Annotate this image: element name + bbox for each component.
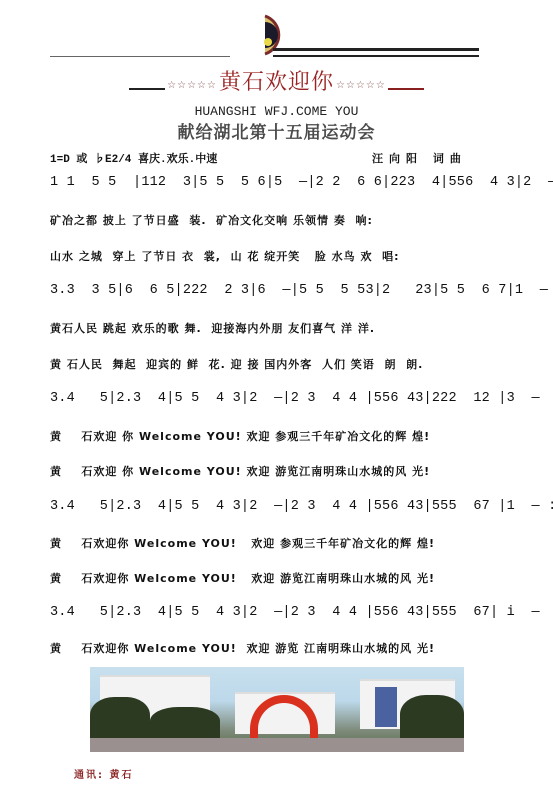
notation-line-4: 3.4 5|2.3 4|5 5 4 3|2 —|2 3 4 4 |556 43|… <box>50 497 553 514</box>
top-rule-left <box>50 56 230 57</box>
lyric-line-3b: 黄 石欢迎 你 Welcome YOU! 欢迎 游览江南明珠山水城的风 光! <box>50 463 430 479</box>
top-rule-right-thin <box>273 55 479 57</box>
composer-credit: 汪向阳 词曲 <box>372 150 467 166</box>
dedication-subtitle: 献给湖北第十五届运动会 <box>0 118 553 143</box>
lyric-line-4a: 黄 石欢迎你 Welcome YOU! 欢迎 参观三千年矿冶文化的辉 煌! <box>50 535 435 551</box>
footer-credit: 通讯: 黄石 <box>74 766 133 781</box>
title-line-right <box>388 88 424 90</box>
city-square-photo <box>90 667 464 752</box>
title-row: ☆☆☆☆☆ 黄石欢迎你 ☆☆☆☆☆ <box>0 62 553 96</box>
lyric-line-3a: 黄 石欢迎 你 Welcome YOU! 欢迎 参观三千年矿冶文化的辉 煌! <box>50 428 430 444</box>
stars-right: ☆☆☆☆☆ <box>336 80 386 91</box>
english-title: HUANGSHI WFJ.COME YOU <box>0 104 553 119</box>
notation-line-5: 3.4 5|2.3 4|5 5 4 3|2 —|2 3 4 4 |556 43|… <box>50 603 553 620</box>
lyric-line-4b: 黄 石欢迎你 Welcome YOU! 欢迎 游览江南明珠山水城的风 光! <box>50 570 435 586</box>
page-title: 黄石欢迎你 <box>219 65 334 96</box>
lyric-line-5a: 黄 石欢迎你 Welcome YOU! 欢迎 游览 江南明珠山水城的风 光! <box>50 640 435 656</box>
notation-line-1: 1 1 5 5 |112 3|5 5 5 6|5 —|2 2 6 6|223 4… <box>50 175 553 190</box>
lyric-line-1a: 矿冶之都 披上 了节日盛 装. 矿冶文化交响 乐领情 奏 响: <box>50 212 373 228</box>
lyric-line-2a: 黄石人民 跳起 欢乐的歌 舞. 迎接海内外朋 友们喜气 洋 洋. <box>50 320 375 336</box>
lyric-line-2b: 黄 石人民 舞起 迎宾的 鲜 花. 迎 接 国内外客 人们 笑语 朗 朗. <box>50 356 423 372</box>
title-line-left <box>129 88 165 90</box>
notation-line-3: 3.4 5|2.3 4|5 5 4 3|2 —|2 3 4 4 |556 43|… <box>50 391 553 406</box>
notation-line-2: 3.3 3 5|6 6 5|222 2 3|6 —|5 5 5 53|2 23|… <box>50 283 553 298</box>
top-rule-right-thick <box>273 48 479 51</box>
lyric-line-1b: 山水 之城 穿上 了节日 衣 裳, 山 花 绽开笑 脸 水鸟 欢 唱: <box>50 248 400 264</box>
key-signature: 1=D 或 ♭E2/4 喜庆.欢乐.中速 <box>50 150 217 166</box>
stars-left: ☆☆☆☆☆ <box>167 80 217 91</box>
